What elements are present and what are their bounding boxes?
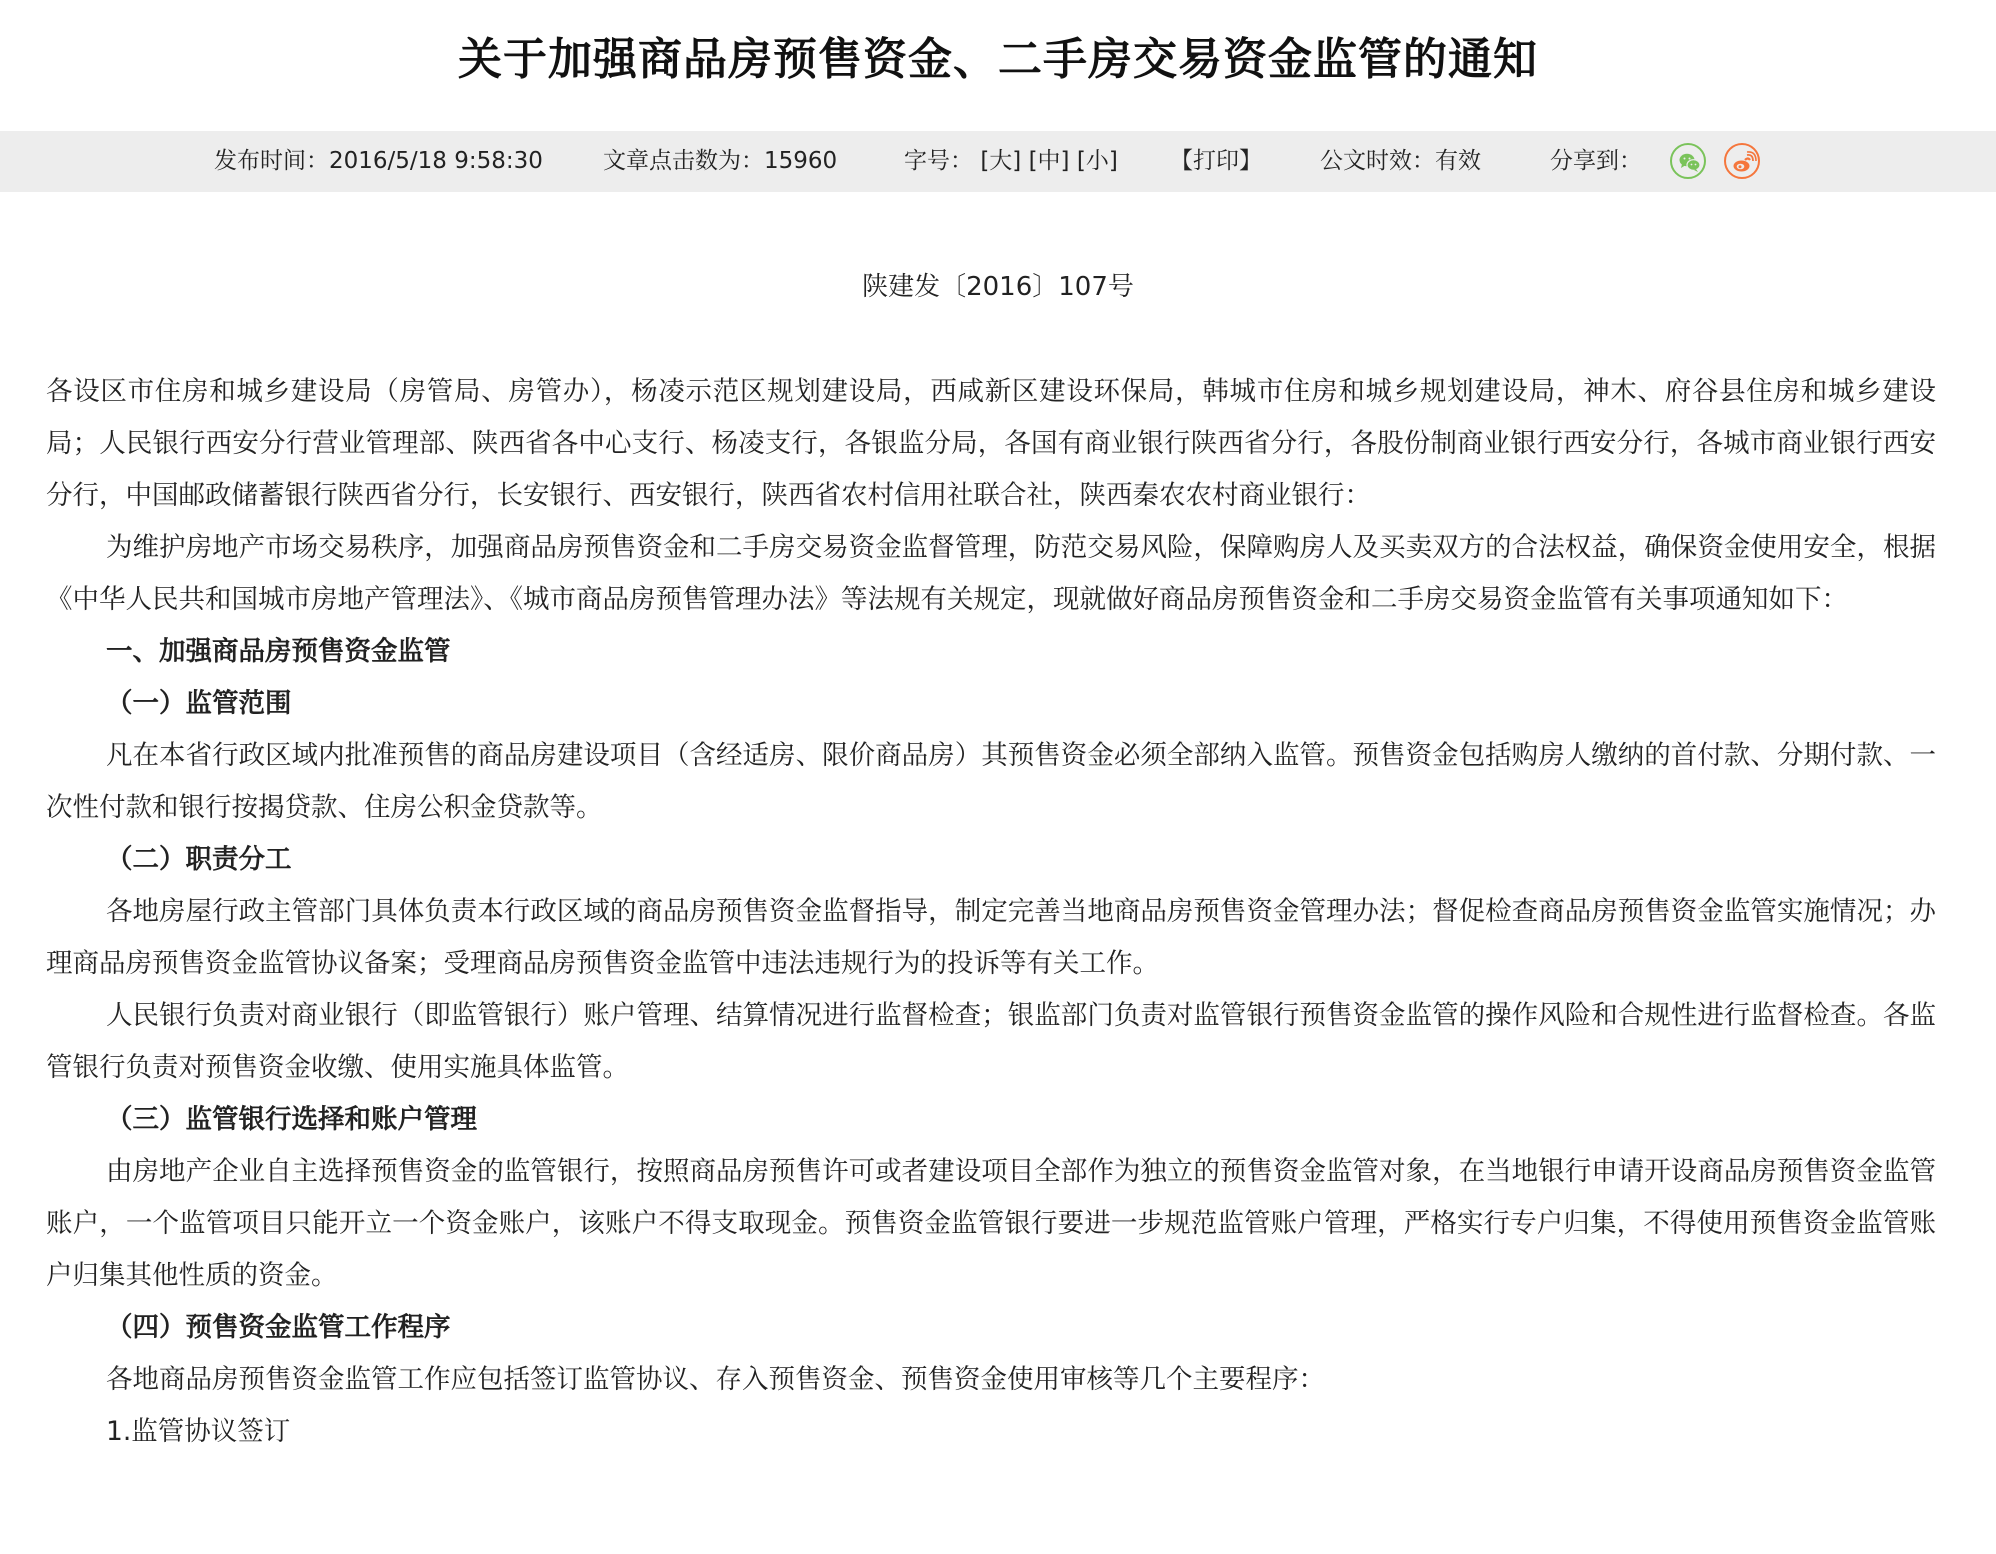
wechat-share-button[interactable]	[1670, 143, 1706, 179]
font-size-label: 字号：	[904, 148, 973, 174]
weibo-icon	[1726, 145, 1762, 181]
publish-time: 发布时间：2016/5/18 9:58:30	[214, 131, 543, 192]
addressee-paragraph: 各设区市住房和城乡建设局（房管局、房管办），杨凌示范区规划建设局，西咸新区建设环…	[46, 366, 1936, 522]
print-button[interactable]: 【打印】	[1170, 131, 1262, 192]
document-number: 陕建发〔2016〕107号	[0, 262, 1996, 312]
font-size-large-button[interactable]: [大]	[980, 148, 1021, 174]
publish-time-label: 发布时间：	[214, 148, 329, 174]
article-title: 关于加强商品房预售资金、二手房交易资金监管的通知	[0, 0, 1996, 101]
subsection-heading: （一）监管范围	[46, 678, 1936, 730]
numbered-item: 1.监管协议签订	[46, 1406, 1936, 1458]
publish-time-value: 2016/5/18 9:58:30	[329, 148, 543, 174]
subsection-heading: （二）职责分工	[46, 834, 1936, 886]
subsection-heading: （四）预售资金监管工作程序	[46, 1302, 1936, 1354]
click-count-label: 文章点击数为：	[603, 148, 764, 174]
validity-label: 公文时效：	[1320, 148, 1435, 174]
font-size-switcher: 字号： [大] [中] [小]	[904, 131, 1118, 192]
share-label: 分享到：	[1550, 131, 1642, 192]
click-count: 文章点击数为：15960	[603, 131, 837, 192]
body-paragraph: 各地房屋行政主管部门具体负责本行政区域的商品房预售资金监督指导，制定完善当地商品…	[46, 886, 1936, 990]
weibo-share-button[interactable]	[1724, 143, 1760, 179]
article-body: 各设区市住房和城乡建设局（房管局、房管办），杨凌示范区规划建设局，西咸新区建设环…	[46, 366, 1936, 1458]
subsection-heading: （三）监管银行选择和账户管理	[46, 1094, 1936, 1146]
validity-value: 有效	[1435, 148, 1481, 174]
document-validity: 公文时效：有效	[1320, 131, 1481, 192]
body-paragraph: 人民银行负责对商业银行（即监管银行）账户管理、结算情况进行监督检查；银监部门负责…	[46, 990, 1936, 1094]
body-paragraph: 凡在本省行政区域内批准预售的商品房建设项目（含经适房、限价商品房）其预售资金必须…	[46, 730, 1936, 834]
article-meta-bar: 发布时间：2016/5/18 9:58:30 文章点击数为：15960 字号： …	[0, 131, 1996, 192]
wechat-icon	[1672, 145, 1708, 181]
body-paragraph: 各地商品房预售资金监管工作应包括签订监管协议、存入预售资金、预售资金使用审核等几…	[46, 1354, 1936, 1406]
section-heading: 一、加强商品房预售资金监管	[46, 626, 1936, 678]
font-size-medium-button[interactable]: [中]	[1029, 148, 1070, 174]
body-paragraph: 为维护房地产市场交易秩序，加强商品房预售资金和二手房交易资金监督管理，防范交易风…	[46, 522, 1936, 626]
body-paragraph: 由房地产企业自主选择预售资金的监管银行，按照商品房预售许可或者建设项目全部作为独…	[46, 1146, 1936, 1302]
font-size-small-button[interactable]: [小]	[1077, 148, 1118, 174]
click-count-value: 15960	[764, 148, 837, 174]
